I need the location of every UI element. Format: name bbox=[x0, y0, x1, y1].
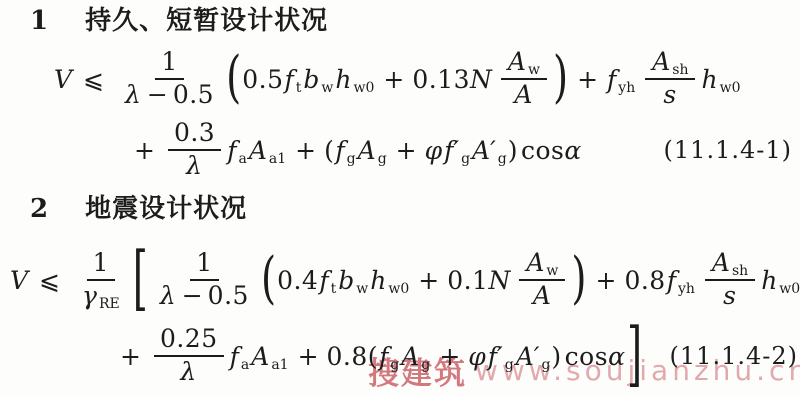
math-sub: fyh bbox=[607, 65, 635, 94]
math-frac: Ashs bbox=[645, 48, 695, 110]
math-o: + bbox=[120, 342, 141, 371]
fraction-numerator: 1 bbox=[87, 249, 115, 281]
math-subscript: sh bbox=[672, 62, 688, 78]
math-n: 0.3 bbox=[174, 119, 215, 148]
math-rel: ⩽ bbox=[83, 65, 104, 94]
math-sub-base: f bbox=[379, 342, 389, 371]
math-frac: 0.3λ bbox=[168, 119, 221, 181]
math-sub-base: A′ bbox=[516, 342, 541, 371]
math-expression: +0.25λfaAa1+0.8(fgAg+φf′gA′g)cosα] bbox=[112, 325, 643, 387]
document-page: 1 持久、短暂设计状况 V⩽1λ−0.5(0.5ftbwhw0+0.13NAwA… bbox=[0, 0, 800, 396]
math-subscript: a1 bbox=[269, 150, 286, 166]
math-sub: bw bbox=[303, 65, 333, 94]
section-2-heading: 2 地震设计状况 bbox=[30, 194, 247, 225]
equation-11-1-4-1-line-1: V⩽1λ−0.5(0.5ftbwhw0+0.13NAwA)+fyhAshshw0 bbox=[54, 40, 741, 118]
fraction-denominator: λ−0.5 bbox=[119, 80, 220, 110]
math-expression: V⩽1λ−0.5(0.5ftbwhw0+0.13NAwA)+fyhAshshw0 bbox=[54, 48, 741, 110]
math-big: ( bbox=[226, 51, 241, 107]
math-sub-base: f′ bbox=[488, 342, 504, 371]
math-subscript: yh bbox=[678, 280, 695, 296]
math-n: ( bbox=[368, 342, 378, 371]
math-expression: +0.3λfaAa1+(fgAg+φf′gA′g)cosα bbox=[126, 119, 582, 181]
math-n: 0.1 bbox=[447, 266, 488, 295]
section-1-title: 持久、短暂设计状况 bbox=[85, 6, 328, 37]
math-frac: 1λ−0.5 bbox=[119, 48, 220, 110]
math-frac: AwA bbox=[519, 249, 565, 311]
fraction-denominator: λ bbox=[174, 357, 203, 387]
fraction-denominator: λ−0.5 bbox=[154, 281, 255, 311]
math-sub: A′g bbox=[472, 136, 507, 165]
math-v: A bbox=[514, 81, 533, 110]
math-v: A bbox=[533, 282, 552, 311]
math-frac: 1γRE bbox=[75, 249, 127, 311]
math-v: α bbox=[608, 342, 626, 371]
math-frac: 1λ−0.5 bbox=[154, 249, 255, 311]
math-sub-base: γ bbox=[82, 282, 98, 311]
math-sub-base: A bbox=[526, 249, 545, 278]
math-sub: fg bbox=[335, 136, 355, 165]
math-o: + bbox=[295, 136, 316, 165]
math-sub-base: f′ bbox=[444, 136, 460, 165]
math-o: + bbox=[383, 65, 404, 94]
math-v: N bbox=[470, 65, 493, 94]
math-sub: Ash bbox=[712, 249, 748, 278]
math-v: N bbox=[488, 266, 511, 295]
equation-11-1-4-1-line-2: +0.3λfaAa1+(fgAg+φf′gA′g)cosα (11.1.4-1) bbox=[126, 114, 792, 186]
equation-11-1-4-2-line-1: V⩽1γRE[1λ−0.5(0.4ftbwhw0+0.1NAwA)+0.8fyh… bbox=[10, 238, 800, 322]
math-n: ( bbox=[324, 136, 334, 165]
math-subscript: t bbox=[331, 280, 337, 296]
math-v: s bbox=[663, 81, 677, 110]
fraction-numerator: 0.25 bbox=[154, 325, 224, 357]
math-n: 0.5 bbox=[242, 65, 283, 94]
math-o: + bbox=[596, 266, 617, 295]
math-sub-base: A bbox=[508, 48, 527, 77]
fraction-denominator: A bbox=[508, 80, 539, 110]
math-subscript: a bbox=[241, 356, 249, 372]
math-sub: fg bbox=[379, 342, 399, 371]
math-o: + bbox=[439, 342, 460, 371]
math-v: λ bbox=[160, 282, 177, 311]
math-v: λ bbox=[180, 358, 197, 387]
equation-number-11-1-4-1: (11.1.4-1) bbox=[664, 136, 792, 164]
math-subscript: a1 bbox=[271, 356, 288, 372]
math-o: − bbox=[147, 81, 168, 110]
math-sub-base: A bbox=[358, 136, 377, 165]
math-subscript: RE bbox=[99, 296, 120, 312]
equation-11-1-4-2-line-2: +0.25λfaAa1+0.8(fgAg+φf′gA′g)cosα] (11.1… bbox=[112, 318, 798, 394]
math-subscript: w0 bbox=[779, 280, 800, 296]
math-subscript: g bbox=[505, 356, 514, 372]
math-subscript: g bbox=[378, 150, 387, 166]
math-n: 1 bbox=[161, 48, 177, 77]
math-sub: Aa1 bbox=[251, 342, 288, 371]
math-sub-base: h bbox=[370, 266, 387, 295]
math-sub: Ash bbox=[652, 48, 688, 77]
math-sub-base: A bbox=[401, 342, 420, 371]
math-subscript: g bbox=[461, 150, 470, 166]
math-v: V bbox=[10, 266, 29, 295]
math-big: [ bbox=[133, 245, 148, 315]
math-sub-base: A bbox=[712, 249, 731, 278]
math-sub-base: A′ bbox=[472, 136, 497, 165]
math-n: 0.13 bbox=[412, 65, 470, 94]
equation-number-11-1-4-2: (11.1.4-2) bbox=[670, 342, 798, 370]
math-subscript: g bbox=[421, 356, 430, 372]
fraction-denominator: λ bbox=[180, 151, 209, 181]
math-n: 0.5 bbox=[208, 282, 249, 311]
math-sub-base: f bbox=[667, 266, 677, 295]
math-sub: ft bbox=[319, 266, 336, 295]
section-2-title: 地震设计状况 bbox=[85, 194, 247, 225]
math-subscript: g bbox=[541, 356, 550, 372]
math-sub-base: A bbox=[251, 342, 270, 371]
math-sub: Aw bbox=[526, 249, 558, 278]
math-sub-base: f bbox=[227, 136, 237, 165]
fraction-denominator: A bbox=[527, 281, 558, 311]
math-sub-base: h bbox=[335, 65, 352, 94]
math-sub-base: A bbox=[652, 48, 671, 77]
math-sub: hw0 bbox=[761, 266, 800, 295]
math-sub: bw bbox=[338, 266, 368, 295]
math-subscript: t bbox=[296, 79, 302, 95]
math-n: 0.8 bbox=[327, 342, 368, 371]
math-sub-base: h bbox=[701, 65, 718, 94]
math-n: 1 bbox=[196, 249, 212, 278]
math-expression: V⩽1γRE[1λ−0.5(0.4ftbwhw0+0.1NAwA)+0.8fyh… bbox=[10, 249, 800, 311]
math-subscript: w bbox=[528, 62, 540, 78]
math-big: ( bbox=[261, 252, 276, 308]
fraction-denominator: s bbox=[657, 80, 683, 110]
section-1-number: 1 bbox=[30, 6, 49, 37]
math-sub-base: b bbox=[303, 65, 320, 94]
math-n: 0.5 bbox=[173, 81, 214, 110]
math-o: + bbox=[134, 136, 155, 165]
fraction-numerator: 0.3 bbox=[168, 119, 221, 151]
math-n: 1 bbox=[93, 249, 109, 278]
math-sub: fa bbox=[227, 136, 247, 165]
math-v: φ bbox=[425, 136, 444, 165]
math-subscript: g bbox=[347, 150, 356, 166]
math-sub: hw0 bbox=[701, 65, 740, 94]
fraction-numerator: Aw bbox=[501, 48, 547, 80]
math-subscript: w bbox=[356, 280, 368, 296]
math-subscript: a bbox=[238, 150, 246, 166]
fraction-denominator: s bbox=[717, 281, 743, 311]
math-sub: f′g bbox=[444, 136, 470, 165]
math-subscript: sh bbox=[732, 263, 748, 279]
math-v: φ bbox=[468, 342, 487, 371]
fraction-denominator: γRE bbox=[75, 281, 127, 311]
math-sub-base: f bbox=[319, 266, 329, 295]
math-sub-base: f bbox=[335, 136, 345, 165]
math-subscript: g bbox=[390, 356, 399, 372]
math-sub: f′g bbox=[488, 342, 514, 371]
math-o: + bbox=[577, 65, 598, 94]
fraction-numerator: 1 bbox=[190, 249, 218, 281]
fraction-numerator: 1 bbox=[155, 48, 183, 80]
math-sub-base: f bbox=[230, 342, 240, 371]
math-o: + bbox=[396, 136, 417, 165]
math-frac: AwA bbox=[501, 48, 547, 110]
math-sub: hw0 bbox=[335, 65, 374, 94]
math-n: ) bbox=[551, 342, 561, 371]
fraction-numerator: Aw bbox=[519, 249, 565, 281]
math-o: − bbox=[182, 282, 203, 311]
math-sub: Ag bbox=[401, 342, 430, 371]
math-sub: fyh bbox=[667, 266, 695, 295]
math-big: ] bbox=[627, 321, 642, 391]
math-sub: A′g bbox=[516, 342, 551, 371]
math-sub: ft bbox=[284, 65, 301, 94]
math-v: λ bbox=[125, 81, 142, 110]
math-n: ) bbox=[508, 136, 518, 165]
math-v: V bbox=[54, 65, 73, 94]
math-n: 0.4 bbox=[277, 266, 318, 295]
fraction-numerator: Ash bbox=[645, 48, 695, 80]
math-n: cos bbox=[565, 342, 608, 371]
math-sub: hw0 bbox=[370, 266, 409, 295]
math-subscript: w0 bbox=[720, 79, 741, 95]
math-subscript: w bbox=[321, 79, 333, 95]
math-sub-base: b bbox=[338, 266, 355, 295]
math-sub-base: f bbox=[607, 65, 617, 94]
section-2-number: 2 bbox=[30, 194, 49, 225]
math-v: α bbox=[564, 136, 582, 165]
math-sub: γRE bbox=[82, 282, 120, 311]
math-frac: 0.25λ bbox=[154, 325, 224, 387]
section-1-heading: 1 持久、短暂设计状况 bbox=[30, 6, 328, 37]
math-sub: Aa1 bbox=[249, 136, 286, 165]
math-o: + bbox=[418, 266, 439, 295]
fraction-numerator: Ash bbox=[705, 249, 755, 281]
math-sub: fa bbox=[230, 342, 250, 371]
math-frac: Ashs bbox=[705, 249, 755, 311]
math-subscript: w0 bbox=[354, 79, 375, 95]
math-sub-base: h bbox=[761, 266, 778, 295]
math-subscript: w bbox=[546, 263, 558, 279]
math-subscript: g bbox=[498, 150, 507, 166]
math-big: ) bbox=[553, 51, 568, 107]
math-rel: ⩽ bbox=[39, 266, 60, 295]
math-n: 0.25 bbox=[160, 325, 218, 354]
math-sub: Ag bbox=[358, 136, 387, 165]
math-sub: Aw bbox=[508, 48, 540, 77]
math-subscript: w0 bbox=[388, 280, 409, 296]
math-sub-base: f bbox=[284, 65, 294, 94]
math-o: + bbox=[298, 342, 319, 371]
math-n: cos bbox=[521, 136, 564, 165]
math-v: λ bbox=[186, 152, 203, 181]
math-sub-base: A bbox=[249, 136, 268, 165]
math-v: s bbox=[723, 282, 737, 311]
math-big: ) bbox=[571, 252, 586, 308]
math-n: 0.8 bbox=[624, 266, 665, 295]
math-subscript: yh bbox=[618, 79, 635, 95]
